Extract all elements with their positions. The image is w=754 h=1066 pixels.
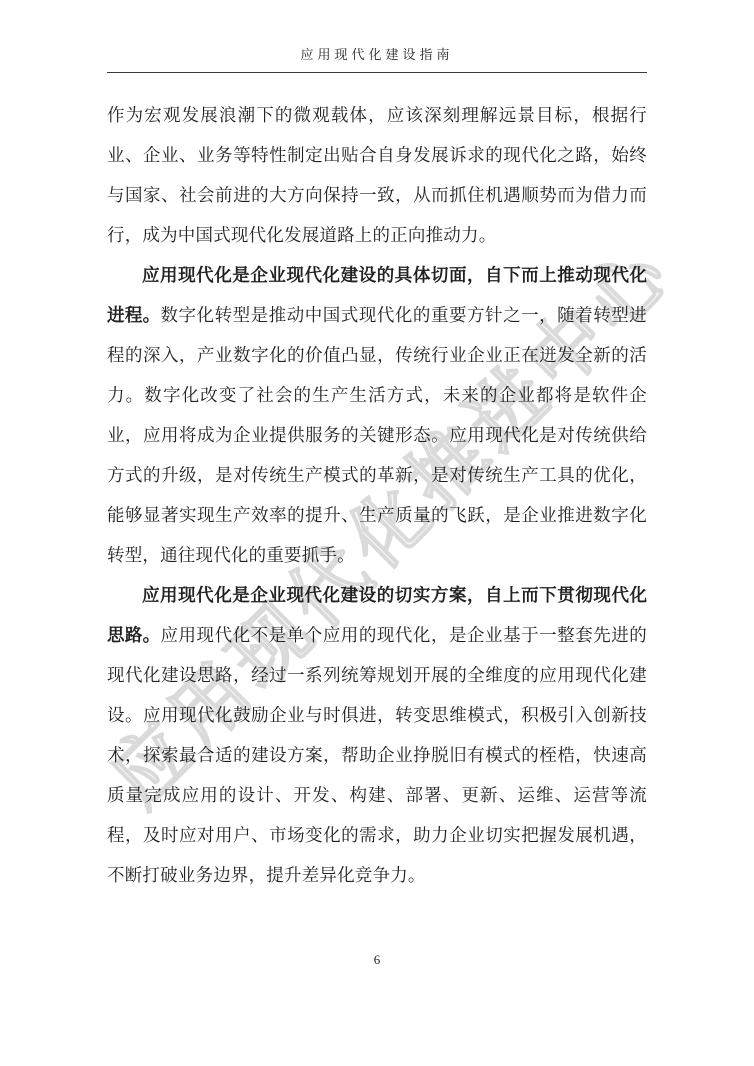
document-page: 应用现代化推进中心 应用现代化建设指南 作为宏观发展浪潮下的微观载体，应该深刻理… <box>0 0 754 1066</box>
page-header-title: 应用现代化建设指南 <box>107 0 647 63</box>
body-text-block: 作为宏观发展浪潮下的微观载体，应该深刻理解远景目标，根据行业、企业、业务等特性制… <box>107 95 647 895</box>
paragraph-3: 应用现代化是企业现代化建设的切实方案，自上而下贯彻现代化思路。应用现代化不是单个… <box>107 575 647 895</box>
paragraph-1: 作为宏观发展浪潮下的微观载体，应该深刻理解远景目标，根据行业、企业、业务等特性制… <box>107 95 647 255</box>
paragraph-2: 应用现代化是企业现代化建设的具体切面，自下而上推动现代化进程。数字化转型是推动中… <box>107 255 647 575</box>
header-rule-divider <box>107 72 647 73</box>
paragraph-3-body: 应用现代化不是单个应用的现代化，是企业基于一整套先进的现代化建设思路，经过一系列… <box>107 625 647 885</box>
page-number: 6 <box>0 952 754 968</box>
page-content: 应用现代化建设指南 作为宏观发展浪潮下的微观载体，应该深刻理解远景目标，根据行业… <box>107 0 647 895</box>
paragraph-1-body: 作为宏观发展浪潮下的微观载体，应该深刻理解远景目标，根据行业、企业、业务等特性制… <box>107 105 647 245</box>
paragraph-2-body: 数字化转型是推动中国式现代化的重要方针之一，随着转型进程的深入，产业数字化的价值… <box>107 305 647 565</box>
